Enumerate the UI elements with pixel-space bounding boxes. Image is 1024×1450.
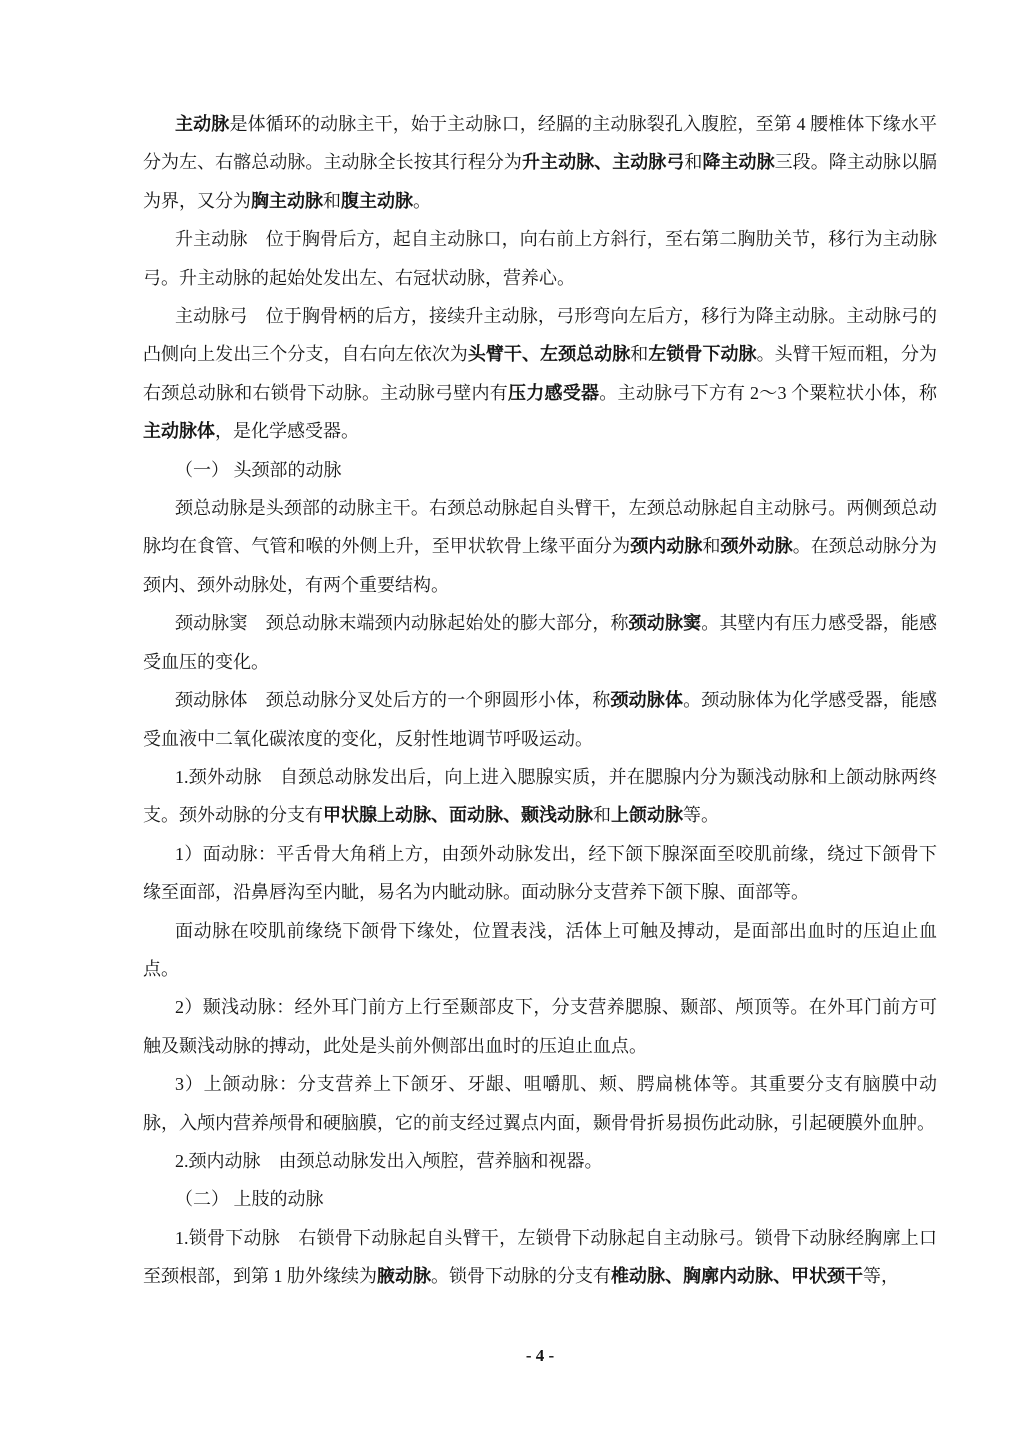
bold-term: 头臂干、左颈总动脉: [468, 344, 630, 364]
page: { "page": { "background": "#ffffff", "te…: [0, 0, 1024, 1450]
bold-term: 主动脉体: [143, 421, 215, 441]
bold-term: 左锁骨下动脉: [648, 344, 756, 364]
text-run: 和: [323, 191, 341, 211]
document-content: 主动脉是体循环的动脉主干，始于主动脉口，经膈的主动脉裂孔入腹腔，至第 4 腰椎体…: [143, 105, 937, 1296]
page-footer: - 4 -: [143, 1346, 937, 1366]
text-run: （二） 上肢的动脉: [175, 1189, 324, 1209]
bold-term: 升主动脉、主动脉弓: [522, 152, 684, 172]
para-subclavian-artery: 1.锁骨下动脉 右锁骨下动脉起自头臂干，左锁骨下动脉起自主动脉弓。锁骨下动脉经胸…: [143, 1219, 937, 1296]
text-run: 颈动脉窦 颈总动脉末端颈内动脉起始处的膨大部分，称: [175, 613, 629, 633]
bold-term: 降主动脉: [702, 152, 774, 172]
bold-term: 甲状腺上动脉、面动脉、颞浅动脉: [323, 805, 593, 825]
para-facial-artery: 1）面动脉：平舌骨大角稍上方，由颈外动脉发出，经下颌下腺深面至咬肌前缘，绕过下颌…: [143, 835, 937, 912]
bold-term: 上颌动脉: [611, 805, 683, 825]
bold-term: 腹主动脉: [341, 191, 413, 211]
text-run: ，是化学感受器。: [215, 421, 359, 441]
heading-upper-limb-arteries: （二） 上肢的动脉: [143, 1180, 937, 1218]
bold-term: 颈内动脉: [630, 536, 702, 556]
text-run: 等。: [683, 805, 719, 825]
text-run: 。主动脉弓下方有 2～3 个粟粒状小体，称: [599, 383, 937, 403]
bold-term: 腋动脉: [377, 1266, 431, 1286]
text-run: 2）颞浅动脉：经外耳门前方上行至颞部皮下，分支营养腮腺、颞部、颅顶等。在外耳门前…: [143, 997, 937, 1055]
text-run: 和: [593, 805, 611, 825]
bold-term: 压力感受器: [508, 383, 599, 403]
bold-term: 椎动脉、胸廓内动脉、甲状颈干: [611, 1266, 863, 1286]
text-run: （一） 头颈部的动脉: [175, 460, 342, 480]
text-run: 颈动脉体 颈总动脉分叉处后方的一个卵圆形小体，称: [175, 690, 611, 710]
text-run: 面动脉在咬肌前缘绕下颌骨下缘处，位置表浅，活体上可触及搏动，是面部出血时的压迫止…: [143, 921, 937, 979]
para-ascending-aorta: 升主动脉 位于胸骨后方，起自主动脉口，向右前上方斜行，至右第二胸肋关节，移行为主…: [143, 220, 937, 297]
para-carotid-sinus: 颈动脉窦 颈总动脉末端颈内动脉起始处的膨大部分，称颈动脉窦。其壁内有压力感受器，…: [143, 604, 937, 681]
text-run: 等，: [863, 1266, 899, 1286]
para-superficial-temporal-artery: 2）颞浅动脉：经外耳门前方上行至颞部皮下，分支营养腮腺、颞部、颅顶等。在外耳门前…: [143, 988, 937, 1065]
para-external-carotid: 1.颈外动脉 自颈总动脉发出后，向上进入腮腺实质，并在腮腺内分为颞浅动脉和上颌动…: [143, 758, 937, 835]
text-run: 和: [684, 152, 702, 172]
text-run: 3）上颌动脉：分支营养上下颌牙、牙龈、咀嚼肌、颊、腭扁桃体等。其重要分支有脑膜中…: [143, 1074, 937, 1132]
page-number: - 4 -: [526, 1346, 554, 1365]
text-run: 2.颈内动脉 由颈总动脉发出入颅腔，营养脑和视器。: [175, 1151, 603, 1171]
bold-term: 颈外动脉: [721, 536, 793, 556]
para-aortic-arch: 主动脉弓 位于胸骨柄的后方，接续升主动脉，弓形弯向左后方，移行为降主动脉。主动脉…: [143, 297, 937, 451]
para-maxillary-artery: 3）上颌动脉：分支营养上下颌牙、牙龈、咀嚼肌、颊、腭扁桃体等。其重要分支有脑膜中…: [143, 1065, 937, 1142]
bold-term: 胸主动脉: [251, 191, 323, 211]
text-run: 和: [702, 536, 720, 556]
para-common-carotid: 颈总动脉是头颈部的动脉主干。右颈总动脉起自头臂干，左颈总动脉起自主动脉弓。两侧颈…: [143, 489, 937, 604]
bold-term: 主动脉: [175, 114, 229, 134]
bold-term: 颈动脉体: [611, 690, 684, 710]
para-carotid-body: 颈动脉体 颈总动脉分叉处后方的一个卵圆形小体，称颈动脉体。颈动脉体为化学感受器，…: [143, 681, 937, 758]
bold-term: 颈动脉窦: [629, 613, 702, 633]
para-internal-carotid: 2.颈内动脉 由颈总动脉发出入颅腔，营养脑和视器。: [143, 1142, 937, 1180]
text-run: 。锁骨下动脉的分支有: [431, 1266, 611, 1286]
para-facial-artery-pressure-point: 面动脉在咬肌前缘绕下颌骨下缘处，位置表浅，活体上可触及搏动，是面部出血时的压迫止…: [143, 912, 937, 989]
text-run: 和: [630, 344, 648, 364]
text-run: 1）面动脉：平舌骨大角稍上方，由颈外动脉发出，经下颌下腺深面至咬肌前缘，绕过下颌…: [143, 844, 937, 902]
para-aorta-overview: 主动脉是体循环的动脉主干，始于主动脉口，经膈的主动脉裂孔入腹腔，至第 4 腰椎体…: [143, 105, 937, 220]
heading-head-neck-arteries: （一） 头颈部的动脉: [143, 451, 937, 489]
text-run: 升主动脉 位于胸骨后方，起自主动脉口，向右前上方斜行，至右第二胸肋关节，移行为主…: [143, 229, 937, 287]
text-run: 。: [413, 191, 431, 211]
